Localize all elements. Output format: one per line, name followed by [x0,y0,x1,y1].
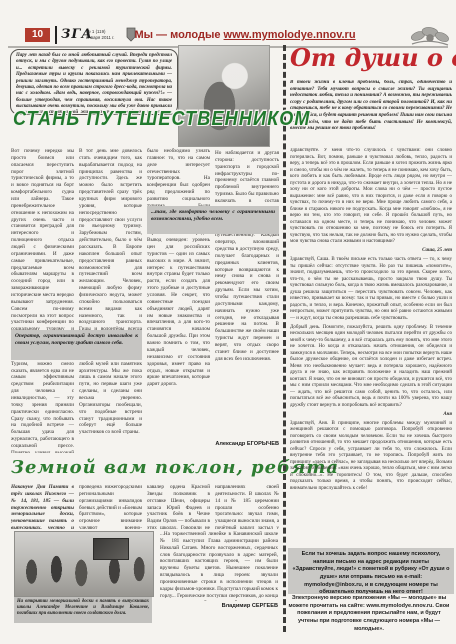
soul-headline: От души о душе! [290,44,450,73]
pull-quote-accessibility: ...там, где комфортно человеку с огранич… [147,206,279,234]
travel-column-3: было необходимо узнать главное: то, что … [147,148,210,453]
letter-1-signature: Саша, 25 лет [290,248,452,255]
travel-column-1: Вот почему нередко мы просто боимся или … [11,148,74,453]
memorial-continuation-column: ...На торжественной линейке в Канавинско… [160,531,278,601]
letter-2: Добрый день. Помогите, пожалуйста, решит… [290,325,452,410]
letter-1: Здравствуйте. У меня что-то случилось с … [290,148,452,246]
travel-byline: Александр ЕГОРЫЧЕВ [179,441,279,448]
memorial-byline: Владимир СЕРГЕЕВ [160,603,278,610]
soul-letters: Здравствуйте. У меня что-то случилось с … [290,148,452,545]
letter-2-signature: Аня [290,412,452,419]
header-divider-bar [55,26,57,44]
masthead-title: Мы — молодые [134,29,220,41]
psychologist-reply-2: Здравствуй, Аня. В принципе, многие проб… [290,421,452,493]
travel-column-4: Но наблюдается и другая сторона: доступн… [215,150,279,438]
newspaper-page: 10 ЗГА № 1 (119) января 2011 г. Мы — мол… [0,0,456,644]
memorial-column-3: кавалер ордена Красной Звезды полковник … [147,484,210,529]
masthead: Мы — молодые www.mymolodye.nnov.ru [130,27,360,43]
page-number: 10 [25,28,50,42]
memorial-column-2: проведена нижегородскими региональными о… [79,484,142,529]
memorial-column-4: направлениях своей деятельности. В школа… [215,484,279,529]
memorial-photo-caption: На открытии мемориальной доски в память … [14,597,152,623]
psychologist-reply-1: Здравствуй, Саша. В твоём письме есть то… [290,257,452,322]
issue-date: № 1 (119) января 2011 г. [86,29,124,40]
masthead-url: www.mymolodye.nnov.ru [224,29,356,41]
photo-traveler [178,45,270,147]
memorial-plaque [93,538,129,560]
travel-column-2: В тот день мне довелось стать очевидцем … [79,148,142,453]
travel-lead-box: Пару лет назад был со мной любопытный сл… [10,49,178,115]
footer-note: Электронную версию приложения «Мы — моло… [288,595,450,633]
photo-memorial-ceremony [14,531,154,597]
soul-intro: В твоей жизни в клочья проблемы, боль, с… [290,80,452,144]
column-divider [283,45,286,632]
psychologist-invite-box: Если ты хочешь задать вопрос нашему псих… [288,548,454,594]
travel-headline: СТАНЬ ПУТЕШЕСТВЕННИКОМ [13,108,281,128]
memorial-lead: Накануне Дня Памяти в трёх школах Нижнег… [11,484,74,529]
pull-quote-operator: Оператор, ограничивающий доступ инвалидо… [11,330,142,360]
